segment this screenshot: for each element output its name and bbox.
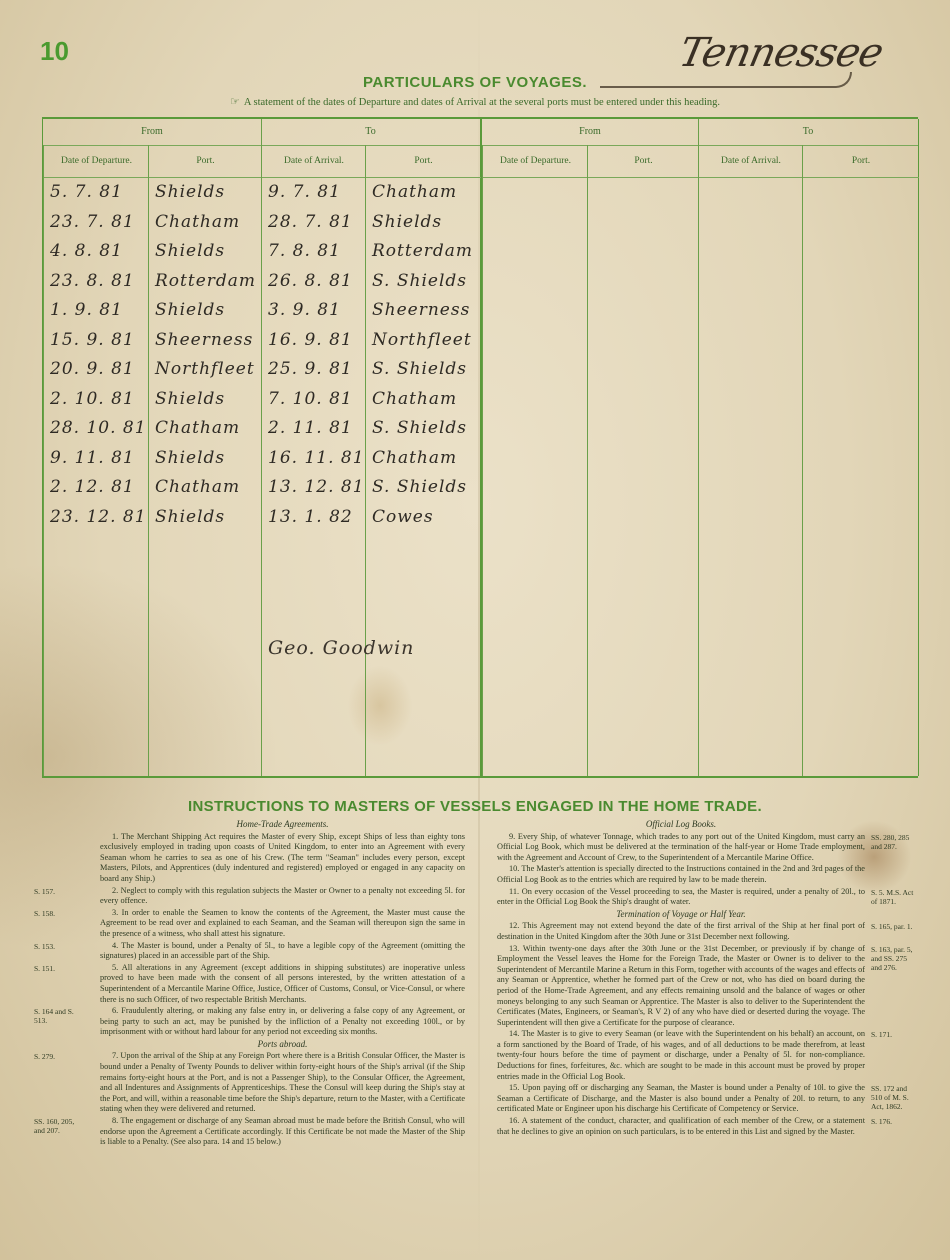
- instruction-paragraph: 16. A statement of the conduct, characte…: [497, 1116, 865, 1137]
- table-cell: 3. 9. 81: [262, 296, 366, 326]
- table-cell: Shields: [149, 237, 262, 267]
- instruction-text: 12. This Agreement may not extend beyond…: [497, 921, 865, 941]
- table-cell: Rotterdam: [366, 237, 481, 267]
- column-header: Port.: [366, 145, 481, 178]
- column-header: Date of Departure.: [483, 145, 588, 178]
- instruction-text: 16. A statement of the conduct, characte…: [497, 1116, 865, 1136]
- statute-reference: S. 279.: [34, 1052, 80, 1061]
- instruction-paragraph: 9. Every Ship, of whatever Tonnage, whic…: [497, 832, 865, 864]
- table-cell: Shields: [149, 503, 262, 533]
- instructions-section-heading: Ports abroad.: [100, 1039, 465, 1050]
- instruction-text: 9. Every Ship, of whatever Tonnage, whic…: [497, 832, 865, 862]
- instructions-left-column: Home-Trade Agreements.1. The Merchant Sh…: [100, 818, 465, 1149]
- statute-reference: S. 171.: [871, 1030, 917, 1039]
- instruction-paragraph: 15. Upon paying off or discharging any S…: [497, 1083, 865, 1115]
- column-departure-date: Date of Departure.: [482, 145, 588, 776]
- instruction-paragraph: 7. Upon the arrival of the Ship at any F…: [100, 1051, 465, 1115]
- table-cell: Chatham: [149, 414, 262, 444]
- column-to-port: Port.: [802, 145, 919, 776]
- table-cell: 13. 12. 81: [262, 473, 366, 503]
- group-header-from: From: [482, 119, 699, 146]
- voyages-table: From To Date of Departure. 5. 7. 81 23. …: [42, 117, 918, 778]
- voyages-table-right-half: From To Date of Departure. Port. Date of…: [482, 119, 919, 776]
- instruction-text: 13. Within twenty-one days after the 30t…: [497, 944, 865, 1027]
- instruction-text: 7. Upon the arrival of the Ship at any F…: [100, 1051, 465, 1113]
- instructions-section-heading: Official Log Books.: [497, 819, 865, 830]
- table-cell: 26. 8. 81: [262, 267, 366, 297]
- table-cell: 2. 11. 81: [262, 414, 366, 444]
- instruction-text: 1. The Merchant Shipping Act requires th…: [100, 832, 465, 883]
- statute-reference: S. 165, par. 1.: [871, 922, 917, 931]
- statute-reference: SS. 160, 205, and 207.: [34, 1117, 80, 1135]
- page-subtitle: ☞A statement of the dates of Departure a…: [0, 95, 950, 108]
- table-cell: Northfleet: [366, 326, 481, 356]
- instructions-section-heading: Home-Trade Agreements.: [100, 819, 465, 830]
- statute-reference: S. 157.: [34, 887, 80, 896]
- table-cell: 23. 8. 81: [44, 267, 149, 297]
- table-cell: 13. 1. 82: [262, 503, 366, 533]
- statute-reference: S. 5. M.S. Act of 1871.: [871, 888, 917, 906]
- instruction-text: 14. The Master is to give to every Seama…: [497, 1029, 865, 1080]
- column-arrival-date: Date of Arrival.: [698, 145, 803, 776]
- column-header: Date of Arrival.: [699, 145, 803, 178]
- master-signature: Geo. Goodwin: [268, 637, 414, 659]
- table-cell: S. Shields: [366, 267, 481, 297]
- instruction-paragraph: 2. Neglect to comply with this regulatio…: [100, 886, 465, 907]
- instruction-paragraph: 6. Fraudulently altering, or making any …: [100, 1006, 465, 1038]
- column-arrival-date: Date of Arrival. 9. 7. 81 28. 7. 81 7. 8…: [261, 145, 366, 776]
- document-page: 10 Tennessee PARTICULARS OF VOYAGES. ☞A …: [0, 0, 950, 1260]
- statute-reference: S. 176.: [871, 1117, 917, 1126]
- table-cell: Shields: [149, 178, 262, 208]
- ship-name-handwritten: Tennessee: [675, 30, 887, 76]
- instruction-text: 10. The Master's attention is specially …: [497, 864, 865, 884]
- instruction-paragraph: 12. This Agreement may not extend beyond…: [497, 921, 865, 942]
- table-cell: 16. 9. 81: [262, 326, 366, 356]
- page-number: 10: [40, 36, 69, 67]
- table-cell: 15. 9. 81: [44, 326, 149, 356]
- table-cell: 28. 10. 81: [44, 414, 149, 444]
- statute-reference: S. 151.: [34, 964, 80, 973]
- table-cell: Sheerness: [149, 326, 262, 356]
- table-cell: 2. 10. 81: [44, 385, 149, 415]
- table-cell: Shields: [366, 208, 481, 238]
- table-cell: Chatham: [149, 473, 262, 503]
- table-cell: 9. 7. 81: [262, 178, 366, 208]
- instruction-text: 8. The engagement or discharge of any Se…: [100, 1116, 465, 1146]
- table-cell: Chatham: [149, 208, 262, 238]
- statute-reference: S. 153.: [34, 942, 80, 951]
- table-cell: 4. 8. 81: [44, 237, 149, 267]
- instruction-paragraph: 11. On every occasion of the Vessel proc…: [497, 887, 865, 908]
- table-cell: Cowes: [366, 503, 481, 533]
- instruction-paragraph: 14. The Master is to give to every Seama…: [497, 1029, 865, 1082]
- table-cell: Chatham: [366, 444, 481, 474]
- instruction-text: 15. Upon paying off or discharging any S…: [497, 1083, 865, 1113]
- table-cell: S. Shields: [366, 414, 481, 444]
- instruction-paragraph: 1. The Merchant Shipping Act requires th…: [100, 832, 465, 885]
- table-cell: Shields: [149, 444, 262, 474]
- instructions-right-column: Official Log Books.9. Every Ship, of wha…: [497, 818, 865, 1138]
- instruction-paragraph: 8. The engagement or discharge of any Se…: [100, 1116, 465, 1148]
- table-cell: 28. 7. 81: [262, 208, 366, 238]
- column-departure-date: Date of Departure. 5. 7. 81 23. 7. 81 4.…: [43, 145, 149, 776]
- instruction-text: 4. The Master is bound, under a Penalty …: [100, 941, 465, 961]
- column-header: Date of Departure.: [44, 145, 149, 178]
- statute-reference: S. 158.: [34, 909, 80, 918]
- table-cell: 5. 7. 81: [44, 178, 149, 208]
- instruction-paragraph: 13. Within twenty-one days after the 30t…: [497, 944, 865, 1029]
- voyages-table-left-half: From To Date of Departure. 5. 7. 81 23. …: [42, 119, 482, 776]
- statute-reference: SS. 172 and 510 of M. S. Act, 1862.: [871, 1084, 917, 1111]
- table-cell: 23. 7. 81: [44, 208, 149, 238]
- table-cell: Chatham: [366, 385, 481, 415]
- table-cell: S. Shields: [366, 355, 481, 385]
- group-header-to: To: [261, 119, 480, 146]
- table-cell: 25. 9. 81: [262, 355, 366, 385]
- statute-reference: S. 164 and S. 513.: [34, 1007, 80, 1025]
- instruction-paragraph: 3. In order to enable the Seamen to know…: [100, 908, 465, 940]
- instructions-section-heading: Termination of Voyage or Half Year.: [497, 909, 865, 920]
- table-cell: 2. 12. 81: [44, 473, 149, 503]
- table-cell: Shields: [149, 385, 262, 415]
- column-header: Port.: [588, 145, 699, 178]
- table-cell: 1. 9. 81: [44, 296, 149, 326]
- instruction-paragraph: 10. The Master's attention is specially …: [497, 864, 865, 885]
- instruction-text: 5. All alterations in any Agreement (exc…: [100, 963, 465, 1004]
- table-cell: Rotterdam: [149, 267, 262, 297]
- instruction-text: 3. In order to enable the Seamen to know…: [100, 908, 465, 938]
- pointing-hand-icon: ☞: [230, 96, 240, 108]
- group-header-to: To: [698, 119, 918, 146]
- instruction-text: 6. Fraudulently altering, or making any …: [100, 1006, 465, 1036]
- table-cell: 9. 11. 81: [44, 444, 149, 474]
- table-cell: Sheerness: [366, 296, 481, 326]
- instruction-paragraph: 4. The Master is bound, under a Penalty …: [100, 941, 465, 962]
- statute-reference: SS. 280, 285 and 287.: [871, 833, 917, 851]
- column-from-port: Port. Shields Chatham Shields Rotterdam …: [148, 145, 262, 776]
- column-to-port: Port. Chatham Shields Rotterdam S. Shiel…: [365, 145, 481, 776]
- table-cell: 7. 8. 81: [262, 237, 366, 267]
- page-title: PARTICULARS OF VOYAGES.: [0, 74, 950, 91]
- column-header: Date of Arrival.: [262, 145, 366, 178]
- group-header-from: From: [43, 119, 262, 146]
- column-header: Port.: [149, 145, 262, 178]
- column-header: Port.: [803, 145, 919, 178]
- table-cell: Shields: [149, 296, 262, 326]
- table-cell: 16. 11. 81: [262, 444, 366, 474]
- column-from-port: Port.: [587, 145, 699, 776]
- instruction-text: 2. Neglect to comply with this regulatio…: [100, 886, 465, 906]
- instruction-text: 11. On every occasion of the Vessel proc…: [497, 887, 865, 907]
- table-cell: Northfleet: [149, 355, 262, 385]
- instruction-paragraph: 5. All alterations in any Agreement (exc…: [100, 963, 465, 1005]
- instructions-title: INSTRUCTIONS TO MASTERS OF VESSELS ENGAG…: [0, 798, 950, 815]
- subtitle-text: A statement of the dates of Departure an…: [244, 97, 720, 108]
- table-cell: 23. 12. 81: [44, 503, 149, 533]
- table-cell: 20. 9. 81: [44, 355, 149, 385]
- table-cell: 7. 10. 81: [262, 385, 366, 415]
- table-cell: S. Shields: [366, 473, 481, 503]
- table-cell: Chatham: [366, 178, 481, 208]
- statute-reference: S. 163, par. 5, and SS. 275 and 276.: [871, 945, 917, 972]
